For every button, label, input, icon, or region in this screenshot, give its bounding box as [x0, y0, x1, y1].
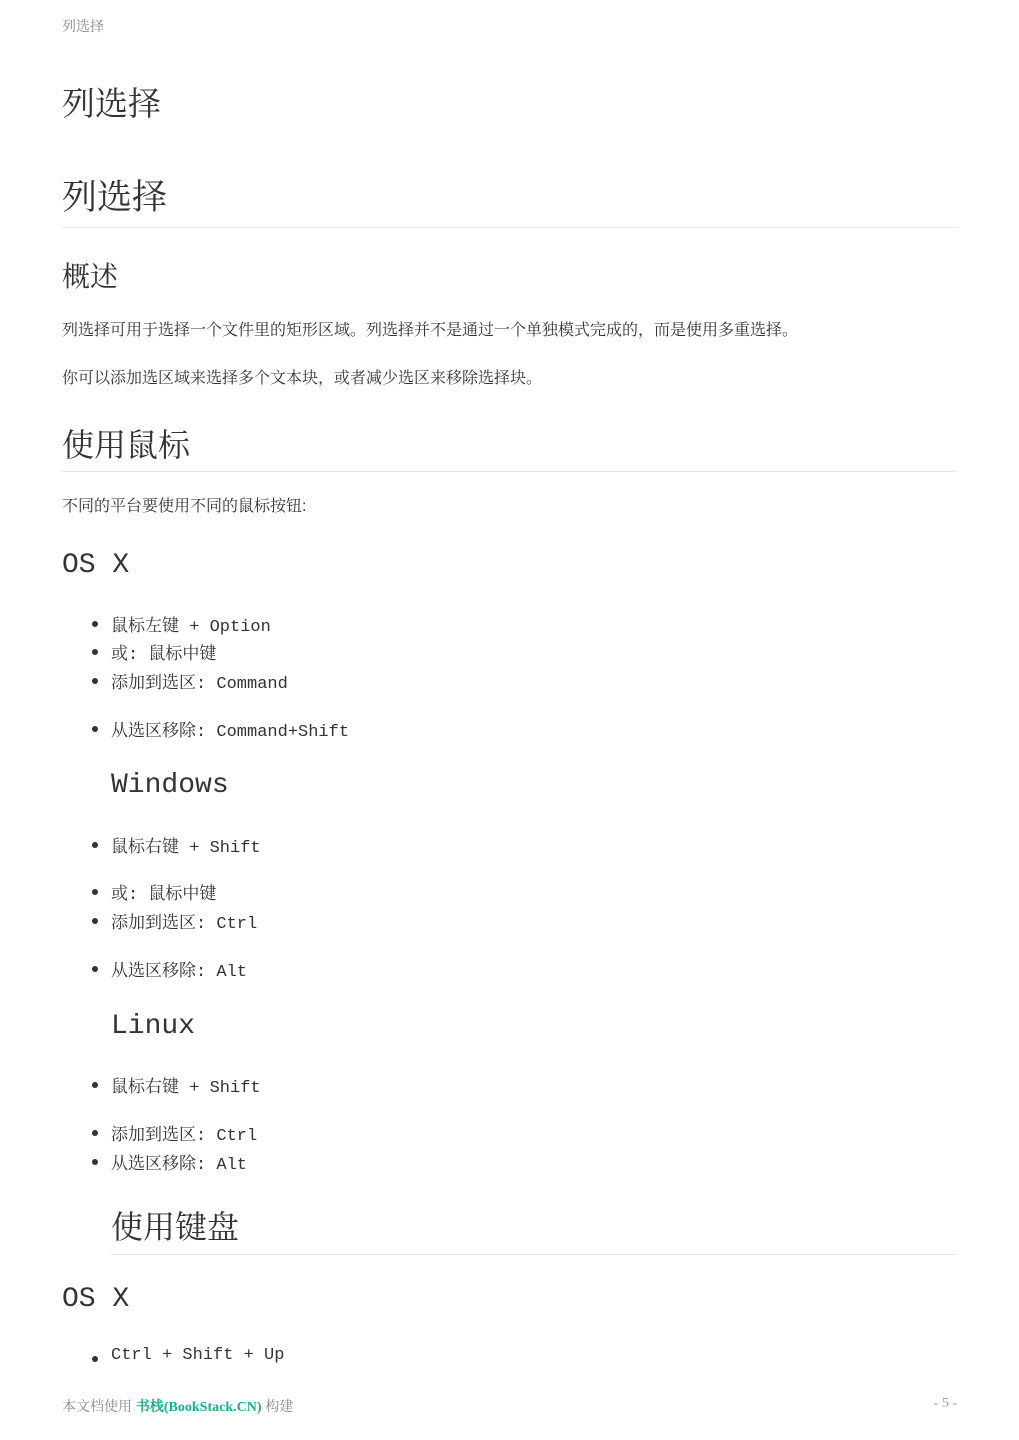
- osx-heading: OS X: [62, 550, 129, 581]
- paragraph: 你可以添加选区域来选择多个文本块，或者减少选区来移除选择块。: [62, 365, 542, 388]
- footer-prefix: 本文档使用: [62, 1398, 132, 1414]
- list-item: Ctrl + Shift + Up: [111, 1346, 284, 1365]
- footer-credit: 本文档使用 书栈(BookStack.CN) 构建: [62, 1396, 293, 1416]
- keyboard-heading: 使用键盘: [111, 1202, 239, 1248]
- list-item: 或: 鼠标中键: [111, 639, 216, 665]
- list-item: 鼠标右键 + Shift: [111, 832, 261, 858]
- document-title: 列选择: [62, 78, 161, 125]
- mouse-heading: 使用鼠标: [62, 420, 190, 466]
- bookstack-link[interactable]: 书栈(BookStack.CN): [136, 1400, 262, 1415]
- list-item: 鼠标左键 + Option: [111, 611, 271, 637]
- list-item: 添加到选区: Ctrl: [111, 908, 257, 934]
- keyboard-osx-heading: OS X: [62, 1284, 129, 1315]
- page-number: - 5 -: [934, 1396, 957, 1412]
- list-item: 或: 鼠标中键: [111, 879, 216, 905]
- divider: [62, 471, 957, 472]
- section-heading: 列选择: [62, 170, 167, 220]
- running-header: 列选择: [62, 16, 104, 36]
- list-item: 从选区移除: Alt: [111, 956, 247, 982]
- list-item: 添加到选区: Command: [111, 668, 288, 694]
- divider: [111, 1254, 957, 1255]
- list-item: 添加到选区: Ctrl: [111, 1120, 257, 1146]
- overview-heading: 概述: [62, 255, 118, 295]
- list-item: 从选区移除: Command+Shift: [111, 716, 349, 742]
- footer-suffix: 构建: [265, 1398, 293, 1414]
- paragraph: 不同的平台要使用不同的鼠标按钮:: [62, 493, 306, 516]
- linux-heading: Linux: [111, 1011, 195, 1042]
- paragraph: 列选择可用于选择一个文件里的矩形区域。列选择并不是通过一个单独模式完成的，而是使…: [62, 317, 798, 340]
- windows-heading: Windows: [111, 770, 229, 801]
- divider: [62, 227, 957, 228]
- list-item: 鼠标右键 + Shift: [111, 1072, 261, 1098]
- list-item: 从选区移除: Alt: [111, 1149, 247, 1175]
